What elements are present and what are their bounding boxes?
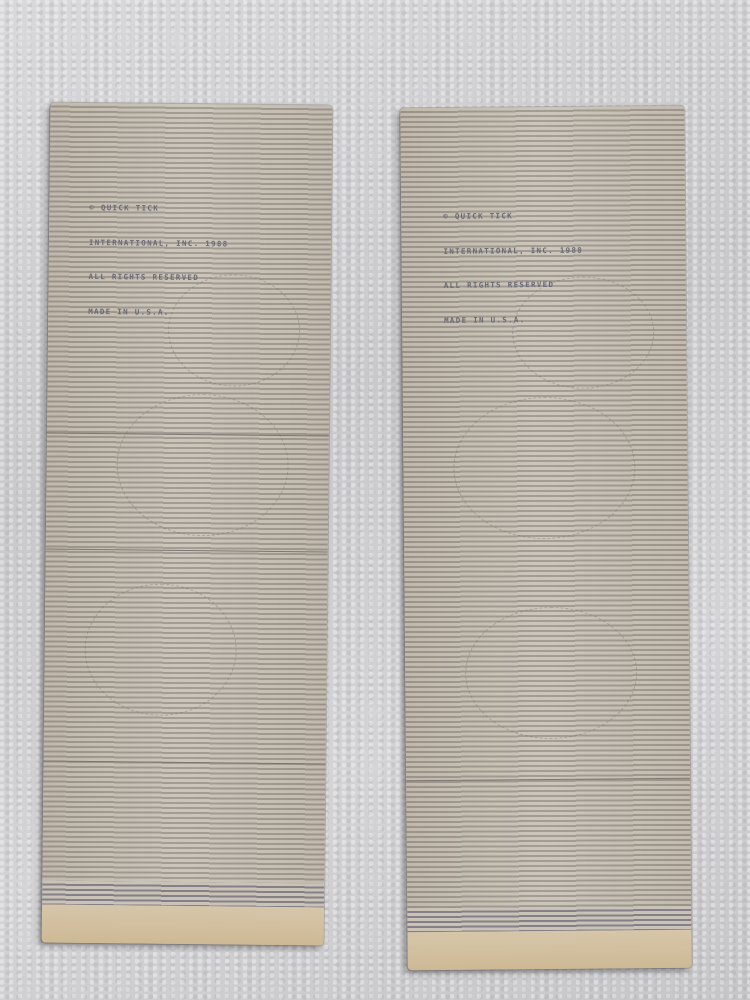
card-dark-band [42,881,324,908]
faint-circle-pattern [116,393,289,537]
imprint-line-4: MADE IN U.S.A. [88,305,228,318]
imprint-line-3: ALL RIGHTS RESERVED [444,279,584,292]
faint-circle-pattern [84,583,237,717]
imprint-line-2: INTERNATIONAL, INC. 1988 [89,236,229,249]
card-left: © QUICK TICK INTERNATIONAL, INC. 1988 AL… [42,103,333,946]
imprint-line-1: © QUICK TICK [443,210,583,223]
imprint-line-4: MADE IN U.S.A. [444,313,584,326]
imprint-line-1: © QUICK TICK [89,202,229,215]
card-dark-band [407,906,691,932]
imprint-line-2: INTERNATIONAL, INC. 1988 [443,244,583,257]
card-right: © QUICK TICK INTERNATIONAL, INC. 1988 AL… [400,106,692,970]
imprint-line-3: ALL RIGHTS RESERVED [89,271,229,284]
card-footer-strip [407,930,691,970]
card-footer-strip [42,905,324,946]
copyright-imprint: © QUICK TICK INTERNATIONAL, INC. 1988 AL… [443,187,584,349]
copyright-imprint: © QUICK TICK INTERNATIONAL, INC. 1988 AL… [88,179,229,341]
